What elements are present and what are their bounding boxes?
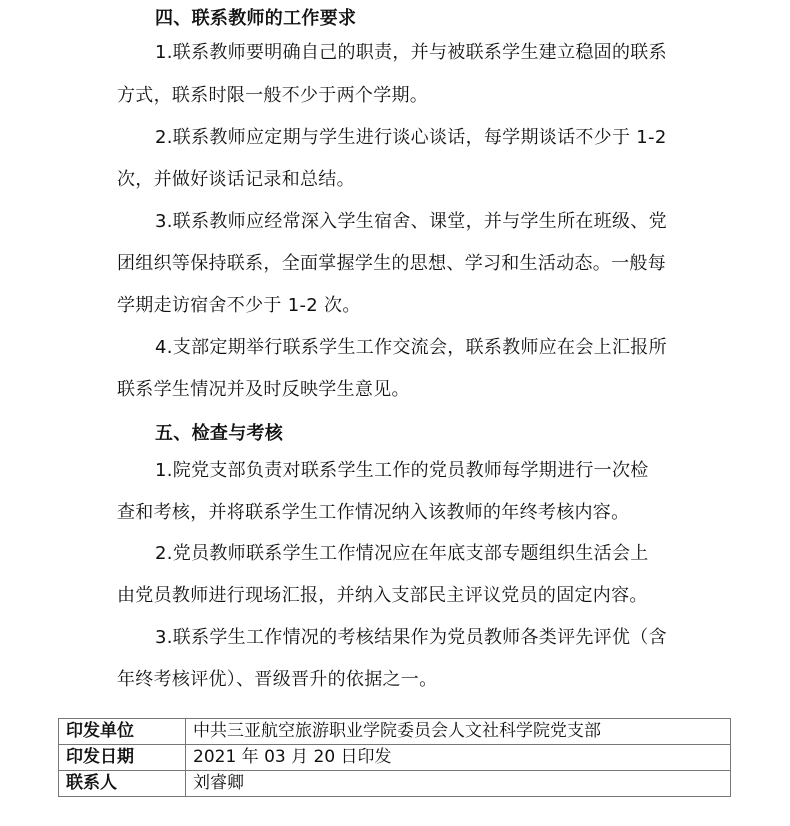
table-row: 印发单位 中共三亚航空旅游职业学院委员会人文社科学院党支部: [59, 719, 731, 745]
paragraph-line: 3.联系教师应经常深入学生宿舍、课堂，并与学生所在班级、党: [155, 211, 667, 233]
paragraph-line: 1.院党支部负责对联系学生工作的党员教师每学期进行一次检: [155, 460, 649, 482]
paragraph-line: 查和考核，并将联系学生工作情况纳入该教师的年终考核内容。: [117, 502, 629, 524]
section-heading-5: 五、检查与考核: [155, 423, 283, 445]
issuance-info-table: 印发单位 中共三亚航空旅游职业学院委员会人文社科学院党支部 印发日期 2021 …: [58, 718, 731, 797]
contact-person-value: 刘睿卿: [186, 771, 731, 797]
section-heading-4: 四、联系教师的工作要求: [155, 8, 356, 30]
table-row: 联系人 刘睿卿: [59, 771, 731, 797]
paragraph-line: 年终考核评优）、晋级晋升的依据之一。: [117, 669, 437, 691]
paragraph-line: 联系学生情况并及时反映学生意见。: [117, 379, 410, 401]
issue-date-value: 2021 年 03 月 20 日印发: [186, 745, 731, 771]
paragraph-line: 由党员教师进行现场汇报，并纳入支部民主评议党员的固定内容。: [117, 585, 648, 607]
paragraph-line: 学期走访宿舍不少于 1-2 次。: [117, 295, 361, 317]
paragraph-line: 团组织等保持联系，全面掌握学生的思想、学习和生活动态。一般每: [117, 253, 666, 275]
paragraph-line: 方式，联系时限一般不少于两个学期。: [117, 85, 428, 107]
issuing-unit-value: 中共三亚航空旅游职业学院委员会人文社科学院党支部: [186, 719, 731, 745]
paragraph-line: 3.联系学生工作情况的考核结果作为党员教师各类评先评优（含: [155, 627, 667, 649]
contact-person-label: 联系人: [59, 771, 186, 797]
document-page: 四、联系教师的工作要求 1.联系教师要明确自己的职责，并与被联系学生建立稳固的联…: [0, 0, 790, 826]
issuing-unit-label: 印发单位: [59, 719, 186, 745]
paragraph-line: 4.支部定期举行联系学生工作交流会，联系教师应在会上汇报所: [155, 337, 667, 359]
paragraph-line: 1.联系教师要明确自己的职责，并与被联系学生建立稳固的联系: [155, 42, 667, 64]
paragraph-line: 2.党员教师联系学生工作情况应在年底支部专题组织生活会上: [155, 543, 649, 565]
issue-date-label: 印发日期: [59, 745, 186, 771]
paragraph-line: 2.联系教师应定期与学生进行谈心谈话，每学期谈话不少于 1-2: [155, 127, 667, 149]
paragraph-line: 次，并做好谈话记录和总结。: [117, 169, 355, 191]
table-row: 印发日期 2021 年 03 月 20 日印发: [59, 745, 731, 771]
